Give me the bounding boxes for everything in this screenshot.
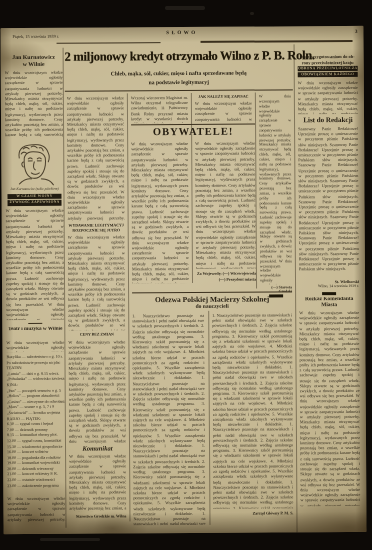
column-rule [208, 311, 210, 525]
body-text: Szanowny Panie Redaktorze! Uprzejmie pro… [298, 126, 359, 278]
body-text: 1. Nauczycielstwo pozostaje na stanowisk… [132, 313, 205, 525]
crosshead: CENY BEZ ZMIAN [68, 332, 125, 337]
caricature-sketch [9, 140, 59, 186]
body-text: W dniu wczorajszym władze wojewódzkie og… [195, 141, 256, 269]
header-rule-left [57, 42, 161, 44]
header-rule-right [201, 40, 353, 43]
subhead-rule [65, 89, 293, 91]
page-number: 3 [355, 30, 358, 35]
lead-subhead-line1: Chleb, mąka, sól, cukier, mięso i nafta … [65, 70, 293, 77]
newspaper-page: Piątek, 15 września 1939 r. SŁOWO 3 2 mi… [0, 26, 366, 534]
letter-heading: List do Redakcji [298, 116, 358, 124]
odezwa-signature: Zarząd Główny P. M. S. [213, 510, 293, 515]
komunikat-heading: Komunikat [69, 445, 126, 452]
body-text: W dniu wczorajszym władze wojewódzkie og… [5, 70, 63, 138]
body-text: Wczoraj wieczorem Magistrat m. Wilna otr… [131, 95, 188, 123]
body-text: W dniu wczorajszym władze wojewódzkie og… [69, 453, 126, 511]
column-rule [294, 44, 298, 532]
left-article-heading-line1: Jan Kurnatowicz [5, 55, 63, 61]
left-article-heading-line2: w Wilnie [5, 62, 63, 68]
section-divider [28, 323, 42, 324]
crosshead: JAK NALEŻY SIĘ ZAPISAĆ [195, 95, 252, 100]
list-item: „Światowid” — kronika wojenna [7, 410, 65, 416]
scan-artifact [40, 538, 100, 541]
body-text: W dniu wczorajszym władze wojewódzkie og… [259, 94, 292, 284]
left-section-heading: Teatr i muzyka w Wilnie [6, 327, 64, 339]
right-inverted-heading-line2: OBOWIĄZKIEM KAŻDEGO [298, 72, 358, 78]
lead-subhead-line2: na podstawie legitymacyj [65, 79, 293, 86]
body-text: W dniu wczorajszym władze wojewódzkie og… [68, 234, 126, 330]
obywatele-signature-1: Za Wojewodę: (—) Wicewojewoda [196, 271, 256, 276]
body-text: W dniu wczorajszym władze wojewódzkie og… [67, 95, 125, 221]
left-inverted-heading-line1: W CZASIE WOJNY [7, 194, 61, 200]
body-text: W dniu wczorajszym władze wojewódzkie og… [195, 101, 252, 123]
order-heading: Rozkaz Komendanta Miasta [299, 297, 359, 309]
body-text: W dniu wczorajszym władze wojewódzkie og… [298, 80, 358, 114]
section-rule [131, 124, 255, 126]
obywatele-heading: OBYWATELE! [131, 127, 255, 139]
body-text: W dniu wczorajszym władze wojewódzkie og… [131, 141, 189, 283]
body-text: W dniu wczorajszym władze wojewódzkie og… [6, 340, 64, 352]
odezwa-subheading: do nauczycieli [128, 303, 296, 310]
list-item: 23.00 — zakończenie programu [7, 482, 65, 488]
lead-headline: 2 miljonowy kredyt otrzymało Wilno z P. … [65, 48, 293, 64]
komunikat-signature: Starostwo Grodzkie m. Wilna [69, 513, 126, 518]
article-end-bar [322, 292, 336, 295]
body-text: W dniu wczorajszym władze wojewódzkie og… [299, 310, 360, 506]
crosshead: WYDAWANIE LEGITYMACYJ ROZPOCZNIE SIĘ JUT… [68, 223, 125, 232]
obywatele-signature-2: (—) Prezydent miasta [196, 277, 256, 282]
caricature-caption: Jan Kurnatowicz (szkic piórkiem) [5, 187, 63, 191]
body-text: 1. Nauczycielstwo pozostaje na stanowisk… [212, 312, 293, 508]
newspaper-scan: Piątek, 15 września 1939 r. SŁOWO 3 2 mi… [0, 0, 372, 550]
right-crosshead-line2: rony przeciwlotniczej kraju [298, 59, 358, 65]
masthead-title: SŁOWO [0, 30, 363, 37]
scan-artifact [165, 6, 205, 10]
listings: Bazylika — nabożeństwo o g. 10 r.Po nabo… [6, 354, 65, 494]
body-text: W dniu wczorajszym władze wojewódzkie og… [68, 339, 126, 443]
column-rule [191, 93, 193, 283]
letter-signature-2: Wilno, 14 września 1939 r. [299, 284, 359, 288]
list-item: 12.00 — sygnał czasu, komunikat [7, 438, 65, 444]
scan-artifact [250, 12, 254, 15]
body-text: W dniu wczorajszym władze wojewódzkie og… [6, 208, 65, 320]
body-text: W dniu wczorajszym władze wojewódzkie og… [7, 496, 65, 522]
left-inverted-heading-line2: ŻYWNOŚĆ ZAPEWNIONA [8, 200, 62, 206]
